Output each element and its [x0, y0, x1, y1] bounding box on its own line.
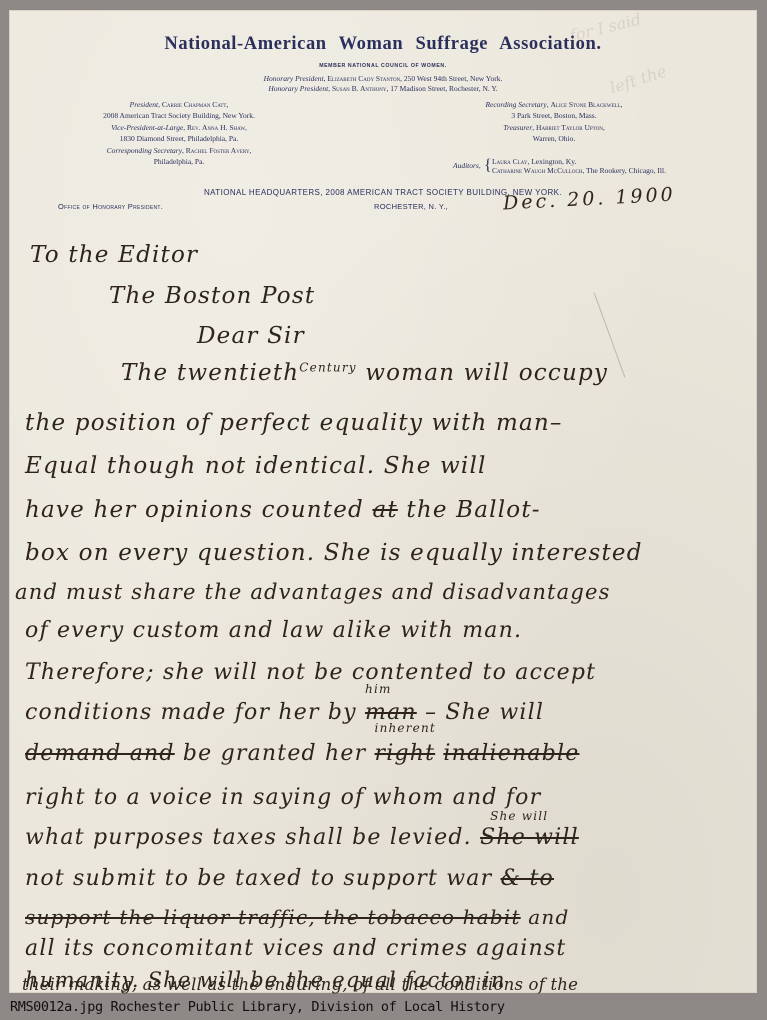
address: The Rookery, Chicago, Ill. [586, 166, 666, 175]
officer-corresponding-secretary: Corresponding Secretary, Rachel Foster A… [69, 146, 289, 167]
salutation-line-3: Dear Sir [197, 323, 305, 349]
body-line-5: box on every question. She is equally in… [25, 540, 643, 566]
address: 1830 Diamond Street, Philadelphia, Pa. [69, 134, 289, 145]
body-line-7: of every custom and law alike with man. [25, 618, 522, 643]
name: Elizabeth Cady Stanton [327, 74, 400, 83]
address: 2008 American Tract Society Building, Ne… [69, 111, 289, 122]
role: Honorary President [264, 74, 324, 83]
text: the Ballot- [398, 497, 541, 523]
body-line-11: right to a voice in saying of whom and f… [25, 785, 541, 810]
salutation-line-2: The Boston Post [109, 283, 315, 309]
name: Catharine Waugh McCulloch [492, 166, 582, 175]
name: Harriet Taylor Upton, [536, 123, 605, 132]
place-line: ROCHESTER, N. Y., [374, 202, 448, 211]
interlinear-insert: him [365, 682, 392, 696]
address: 17 Madison Street, Rochester, N. Y. [390, 84, 497, 93]
text: woman will occupy [357, 360, 608, 386]
struck-words: demand and [25, 741, 175, 766]
name: Susan B. Anthony [332, 84, 387, 93]
text: have her opinions counted [25, 497, 364, 523]
struck-word: right [375, 741, 436, 766]
body-line-6: and must share the advantages and disadv… [15, 580, 611, 604]
body-line-8: Therefore; she will not be contented to … [25, 660, 596, 685]
address: Philadelphia, Pa. [69, 157, 289, 168]
name: Rev. Anna H. Shaw, [187, 123, 247, 132]
officer-treasurer: Treasurer, Harriet Taylor Upton, Warren,… [439, 123, 669, 144]
image-caption: RMS0012a.jpg Rochester Public Library, D… [10, 999, 505, 1015]
correction: inherentright [375, 741, 436, 766]
name: Alice Stone Blackwell, [550, 100, 622, 109]
officer-president: President, Carrie Chapman Catt, 2008 Ame… [69, 100, 289, 121]
interlinear-insert: She will [490, 809, 548, 823]
name: Carrie Chapman Catt, [162, 100, 228, 109]
body-line-17: their making, as well as the enduring, o… [22, 975, 578, 994]
name: Laura Clay [492, 157, 527, 166]
brace-icon: { [484, 157, 492, 175]
officer-vice-president: Vice-President-at-Large, Rev. Anna H. Sh… [69, 123, 289, 144]
role: Recording Secretary [485, 100, 546, 109]
letter-page: National-American Woman Suffrage Associa… [9, 10, 757, 993]
role: Vice-President-at-Large [111, 123, 183, 132]
body-line-3: Equal though not identical. She will [25, 453, 487, 479]
body-line-12: what purposes taxes shall be levied. She… [25, 825, 579, 850]
role: Treasurer [503, 123, 532, 132]
body-line-1: The twentiethCentury woman will occupy [121, 360, 608, 386]
address: 250 West 94th Street, New York. [404, 74, 502, 83]
role: Honorary President [268, 84, 328, 93]
body-line-14: support the liquor traffic, the tobacco … [25, 905, 569, 929]
body-line-15: all its concomitant vices and crimes aga… [25, 936, 566, 961]
text: what purposes taxes shall be levied. [25, 825, 472, 850]
address: 3 Park Street, Boston, Mass. [439, 111, 669, 122]
address: Warren, Ohio. [439, 134, 669, 145]
role: President [130, 100, 158, 109]
interlinear-insert: Century [299, 360, 356, 374]
text: not submit to be taxed to support war [25, 866, 492, 891]
text: be granted her [175, 741, 367, 766]
struck-word: inalienable [443, 741, 579, 766]
salutation-line-1: To the Editor [30, 242, 198, 268]
correction: She willShe will [480, 825, 579, 850]
body-line-2: the position of perfect equality with ma… [25, 410, 563, 436]
body-line-4: have her opinions counted at the Ballot- [25, 497, 541, 523]
struck-word: at [373, 497, 398, 523]
body-line-13: not submit to be taxed to support war & … [25, 866, 554, 891]
auditor-names: Laura Clay, Lexington, Ky. Catharine Wau… [492, 157, 666, 175]
auditors-label: Auditors, [453, 161, 481, 170]
text: and [521, 905, 570, 929]
struck-words: She will [480, 825, 579, 850]
body-line-10: demand and be granted her inherentright … [25, 741, 579, 766]
office-line: Office of Honorary President. [58, 202, 163, 211]
name: Rachel Foster Avery, [186, 146, 252, 155]
text: The twentieth [121, 360, 299, 386]
interlinear-insert: inherent [375, 721, 436, 735]
officer-recording-secretary: Recording Secretary, Alice Stone Blackwe… [439, 100, 669, 121]
struck-words: support the liquor traffic, the tobacco … [25, 905, 521, 929]
text: conditions made for her by [25, 700, 357, 725]
body-line-9: conditions made for her by himman – She … [25, 700, 544, 725]
struck-word: & to [501, 866, 554, 891]
role: Corresponding Secretary [107, 146, 182, 155]
organization-title: National-American Woman Suffrage Associa… [9, 34, 757, 55]
address: Lexington, Ky. [531, 157, 576, 166]
